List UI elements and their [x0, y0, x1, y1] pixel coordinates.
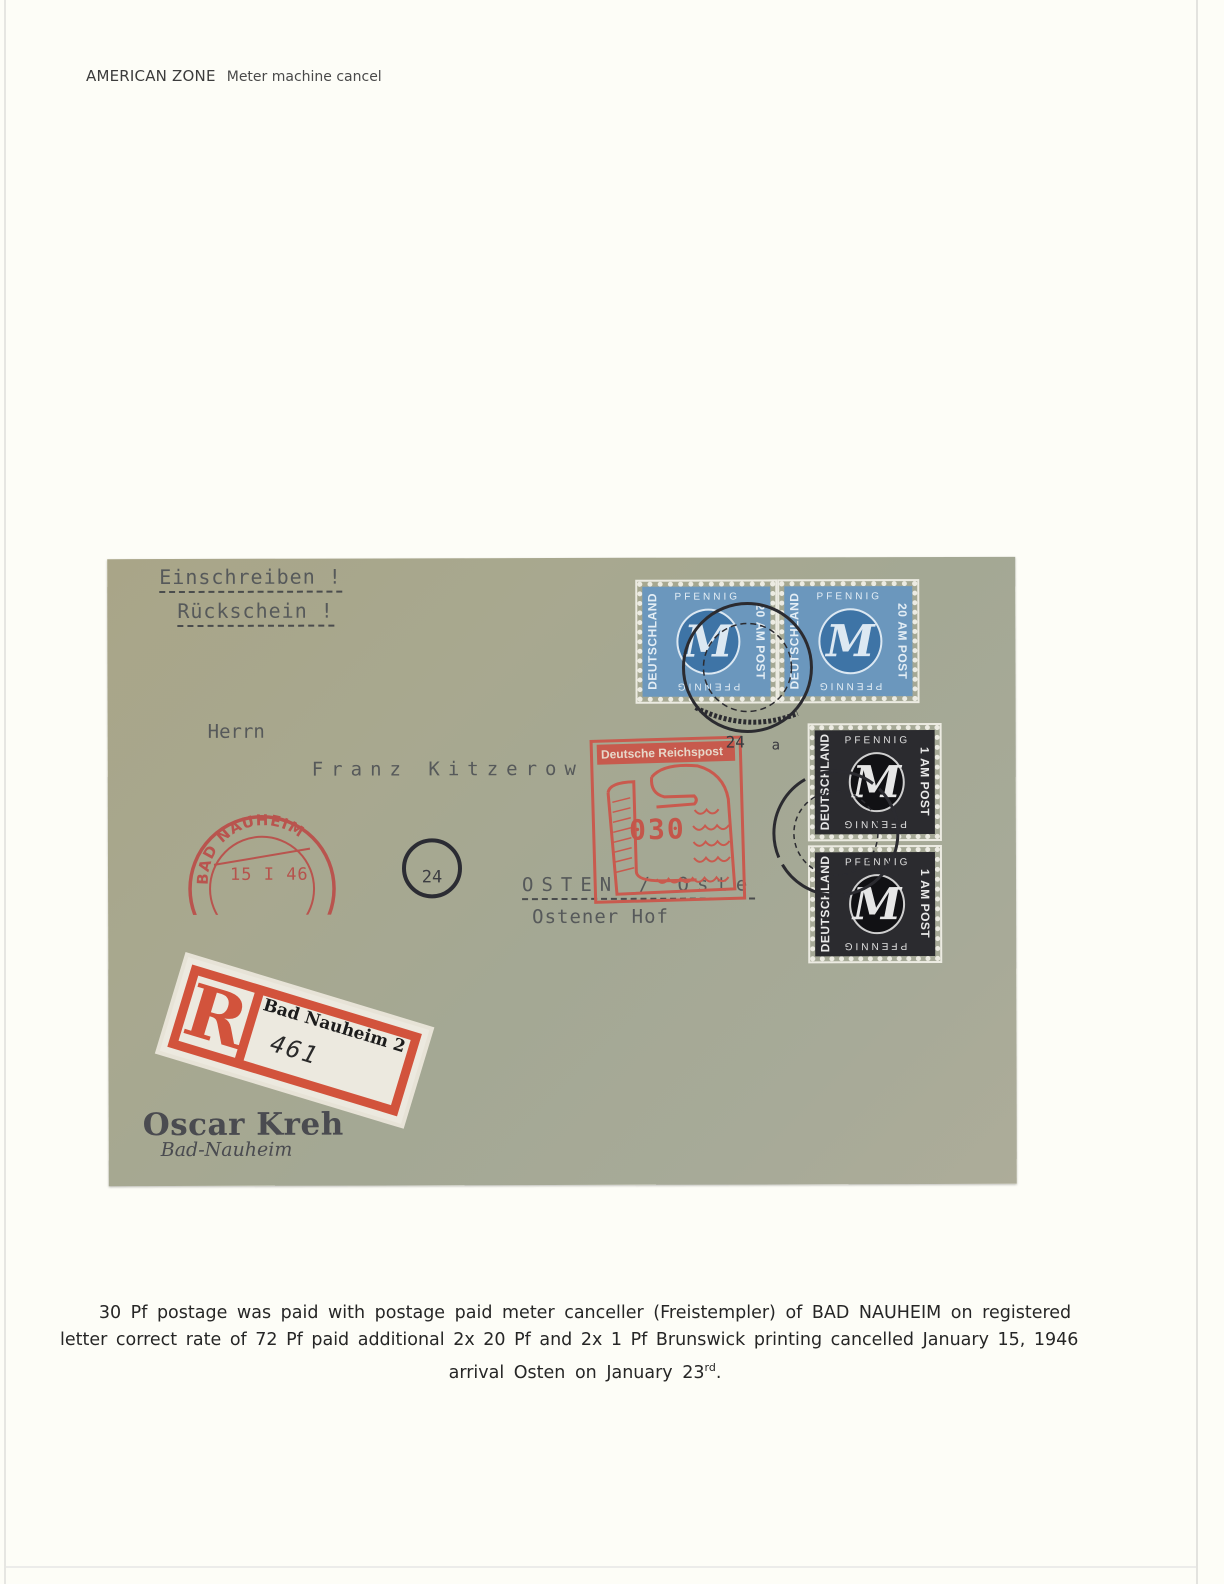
- registration-label: R Bad Nauheim 2 461: [160, 957, 430, 1124]
- sender-name: Oscar Kreh: [143, 1107, 344, 1144]
- postmark-date: 15 I 46: [230, 865, 309, 885]
- postmark-ring-icon: BAD NAUHEIM: [178, 805, 342, 915]
- postal-zone-circle: 24: [402, 838, 462, 898]
- exhibit-caption: 30 Pf postage was paid with postage paid…: [60, 1300, 1110, 1387]
- stamp-20pf: DEUTSCHLAND 20 AM POST PFENNIG PFENNIG M: [637, 581, 775, 701]
- stamp-1pf: DEUTSCHLAND 1 AM POST PFENNIG PFENNIG M: [810, 725, 940, 839]
- registered-marking: Einschreiben !: [159, 565, 342, 593]
- destination-street: Ostener Hof: [532, 906, 669, 928]
- caption-line: arrival Osten on January 23rd.: [60, 1354, 1110, 1387]
- stamp-20pf: DEUTSCHLAND 20 AM POST PFENNIG PFENNIG M: [779, 581, 917, 701]
- salutation: Herrn: [208, 721, 265, 743]
- page-edge: [6, 1566, 1196, 1568]
- addressee-name: Franz Kitzerow: [312, 758, 584, 781]
- bad-nauheim-postmark: BAD NAUHEIM 15 I 46: [178, 805, 342, 915]
- meter-value: 030: [629, 812, 687, 847]
- page-edge: [1196, 0, 1198, 1584]
- am-post-glyph-icon: M: [676, 609, 740, 675]
- subtitle: Meter machine cancel: [227, 69, 382, 85]
- am-post-glyph-icon: M: [849, 752, 905, 812]
- svg-text:a: a: [772, 737, 780, 753]
- zone-title: AMERICAN ZONE: [86, 67, 216, 85]
- page-header: AMERICAN ZONE Meter machine cancel: [86, 66, 382, 85]
- stamp-1pf: DEUTSCHLAND 1 AM POST PFENNIG PFENNIG M: [810, 847, 940, 961]
- caption-line: 30 Pf postage was paid with postage paid…: [60, 1300, 1110, 1327]
- postal-zone-number: 24: [422, 867, 443, 887]
- meter-header: Deutsche Reichspost: [597, 741, 736, 765]
- caption-line: letter correct rate of 72 Pf paid additi…: [60, 1327, 1110, 1354]
- am-post-glyph-icon: M: [849, 874, 905, 934]
- meter-stamp: Deutsche Reichspost 030: [590, 736, 747, 904]
- envelope-cover: Einschreiben ! Rückschein ! Herrn Franz …: [107, 557, 1017, 1186]
- am-post-glyph-icon: M: [818, 608, 882, 674]
- sender-imprint: Oscar Kreh Bad-Nauheim: [143, 1107, 344, 1162]
- page-edge: [4, 0, 6, 1584]
- return-receipt-marking: Rückschein !: [177, 599, 334, 627]
